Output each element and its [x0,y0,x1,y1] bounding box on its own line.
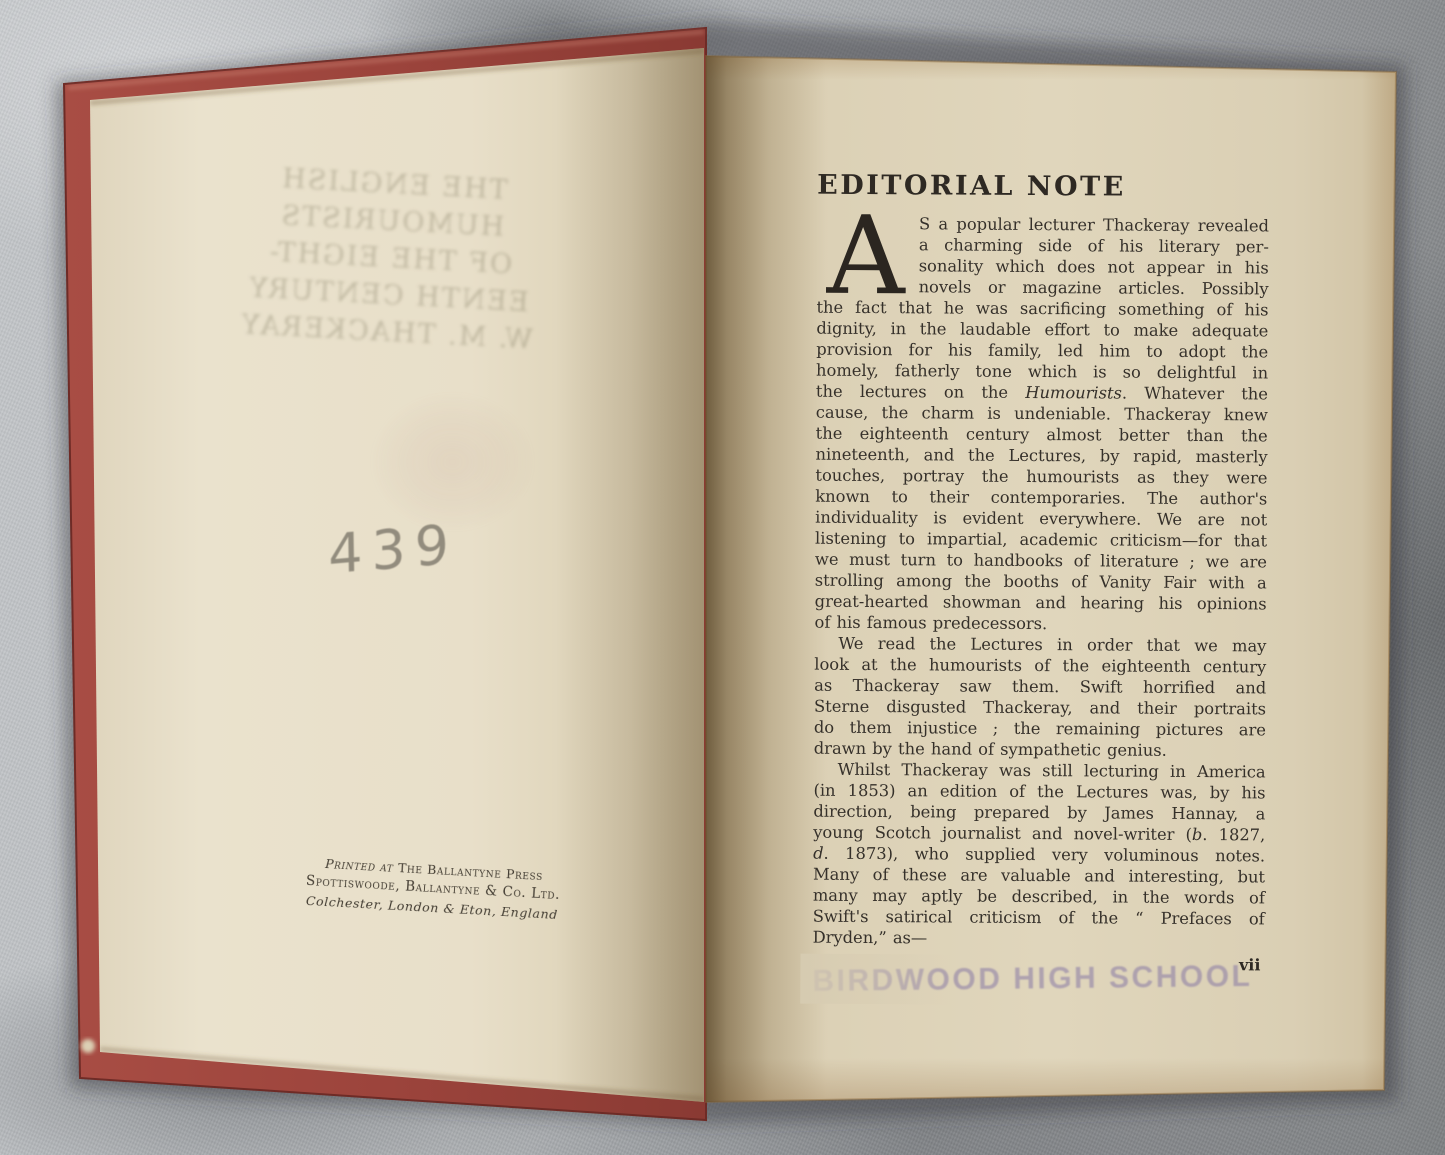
text-line: of his famous predecessors. [814,612,1266,636]
text-line: as Thackeray saw them. Swift horrified a… [814,675,1266,699]
text-line: Dryden,” as— [813,927,1265,951]
text-line: known to their contemporaries. The autho… [815,486,1267,510]
text-line: Whilst Thackeray was still lecturing in … [814,759,1266,783]
text-line: individuality is evident everywhere. We … [815,507,1267,531]
text-line: provision for his family, led him to ado… [816,339,1268,363]
text-line: do them injustice ; the remaining pictur… [814,717,1266,741]
round-stain [370,392,535,532]
text-line: listening to impartial, academic critici… [815,528,1267,552]
photo-scene: THE ENGLISHHUMOURISTSOF THE EIGHT-EENTH … [0,0,1445,1155]
text-line: cause, the charm is undeniable. Thackera… [816,402,1268,426]
text-line: dignity, in the laudable effort to make … [816,318,1268,342]
text-line: we must turn to handbooks of literature … [815,549,1267,573]
text-line: touches, portray the humourists as they … [815,465,1267,489]
text-line: many may aptly be described, in the word… [813,885,1265,909]
text-line: the lectures on the Humourists. Whatever… [816,381,1268,405]
text-line: look at the humourists of the eighteenth… [814,654,1266,678]
text-line: the fact that he was sacrificing somethi… [816,297,1268,321]
paragraph-2: We read the Lectures in order that we ma… [814,633,1267,762]
left-page-content: THE ENGLISHHUMOURISTSOF THE EIGHT-EENTH … [90,100,704,1060]
text-line: Swift's satirical criticism of the “ Pre… [813,906,1265,930]
text-line: d. 1873), who supplied very voluminous n… [813,843,1265,867]
text-line: Many of these are valuable and interesti… [813,864,1265,888]
text-line: (in 1853) an edition of the Lectures was… [813,780,1265,804]
pencil-number: 439 [328,512,459,586]
text-line: the eighteenth century almost better tha… [816,423,1268,447]
text-column: EDITORIAL NOTE A S a popular lecturer Th… [812,171,1269,975]
text-line: We read the Lectures in order that we ma… [814,633,1266,657]
text-line: young Scotch journalist and novel-writer… [813,822,1265,846]
right-page-content: EDITORIAL NOTE A S a popular lecturer Th… [699,58,1406,1132]
paragraph-1: A S a popular lecturer Thackeray reveale… [814,213,1269,636]
printer-imprint: Printed at The Ballantyne PressSpottiswo… [237,849,630,928]
drop-cap: A [817,213,920,298]
text-line: Sterne disgusted Thackeray, and their po… [814,696,1266,720]
text-line: direction, being prepared by James Hanna… [813,801,1265,825]
text-line: strolling among the booths of Vanity Fai… [815,570,1267,594]
text-line: great-hearted showman and hearing his op… [815,591,1267,615]
show-through-text: THE ENGLISHHUMOURISTSOF THE EIGHT-EENTH … [235,158,544,358]
text-line: nineteenth, and the Lectures, by rapid, … [816,444,1268,468]
text-line: drawn by the hand of sympathetic genius. [814,738,1266,762]
text-line: homely, fatherly tone which is so deligh… [816,360,1268,384]
stamp-fade-overlay [800,954,950,1005]
paragraph-3: Whilst Thackeray was still lecturing in … [813,759,1266,951]
